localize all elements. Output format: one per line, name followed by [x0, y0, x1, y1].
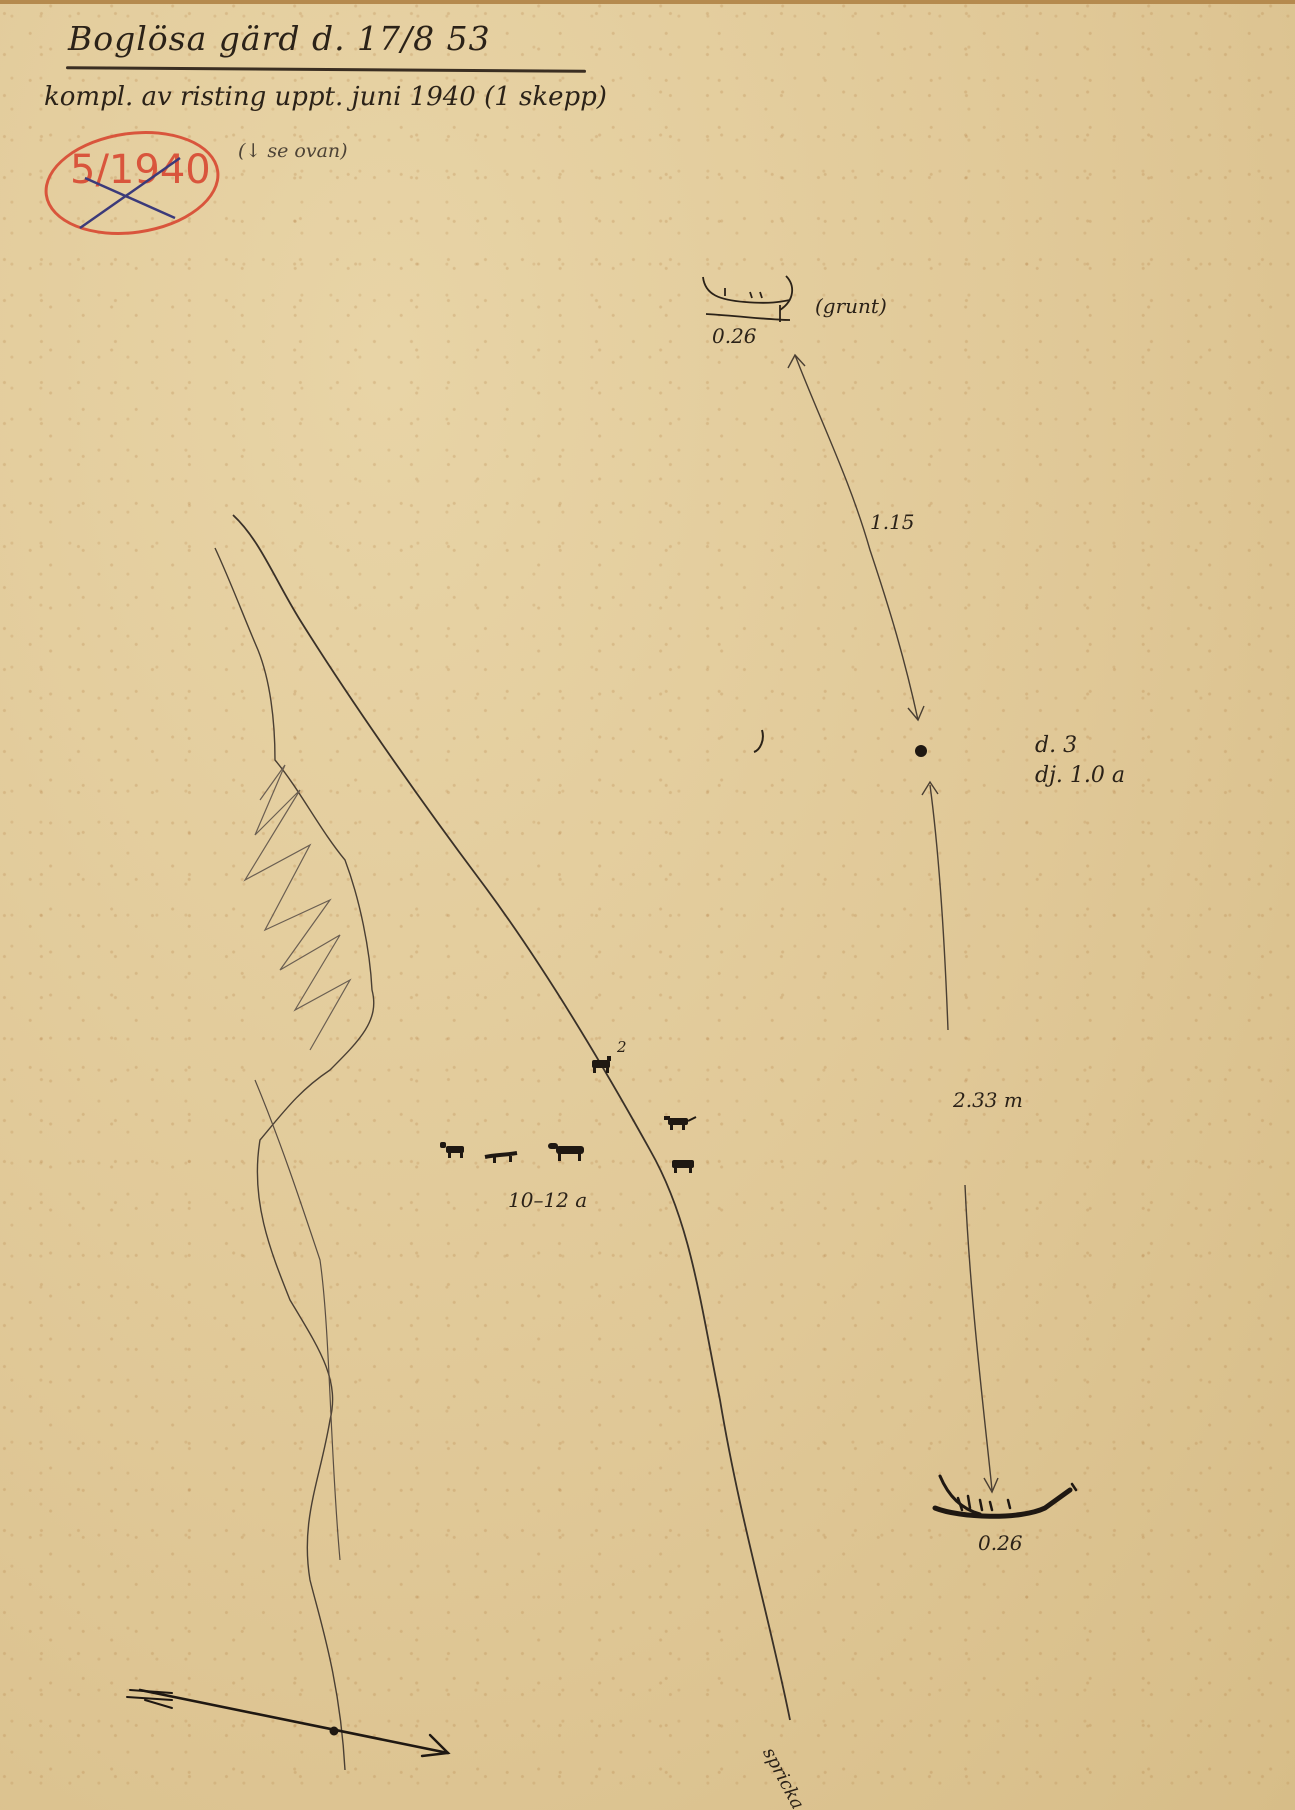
cupmark-diameter-label: d. 3 [1035, 735, 1077, 757]
distance-arrow-lower [922, 782, 998, 1492]
distance-lower-label: 2.33 m [953, 1090, 1023, 1110]
rock-outline-left [215, 548, 374, 1770]
animal-icon [592, 1056, 611, 1073]
bottom-ship-size: 0.26 [978, 1533, 1023, 1553]
animals-size-label: 10–12 a [508, 1190, 587, 1210]
stamp-cross-icon [80, 158, 180, 228]
inner-line [255, 1080, 340, 1560]
orientation-arrow-icon [127, 1690, 448, 1756]
ship-top-icon [703, 276, 792, 322]
sketch-drawing [0, 0, 1295, 1810]
archive-sketch-sheet: Boglösa gärd d. 17/8 53 kompl. av ristin… [0, 0, 1295, 1810]
animal-icon [485, 1153, 517, 1163]
top-ship-note: (grunt) [815, 296, 887, 316]
distance-arrow-upper [788, 355, 924, 720]
stray-mark [754, 730, 763, 752]
ship-bottom-icon [935, 1476, 1076, 1516]
animal-icon [440, 1142, 464, 1158]
rock-edge-line [233, 515, 790, 1720]
animal-icon [664, 1116, 696, 1130]
cupmark-icon [915, 745, 927, 757]
zigzag-marks [245, 765, 350, 1050]
top-ship-size: 0.26 [712, 326, 757, 346]
animal-figures [440, 1056, 696, 1173]
cupmark-depth-label: dj. 1.0 a [1035, 765, 1125, 787]
animal-icon [548, 1143, 584, 1161]
animal-marker: 2 [617, 1040, 627, 1055]
distance-upper-label: 1.15 [870, 512, 915, 532]
animal-icon [672, 1160, 694, 1173]
